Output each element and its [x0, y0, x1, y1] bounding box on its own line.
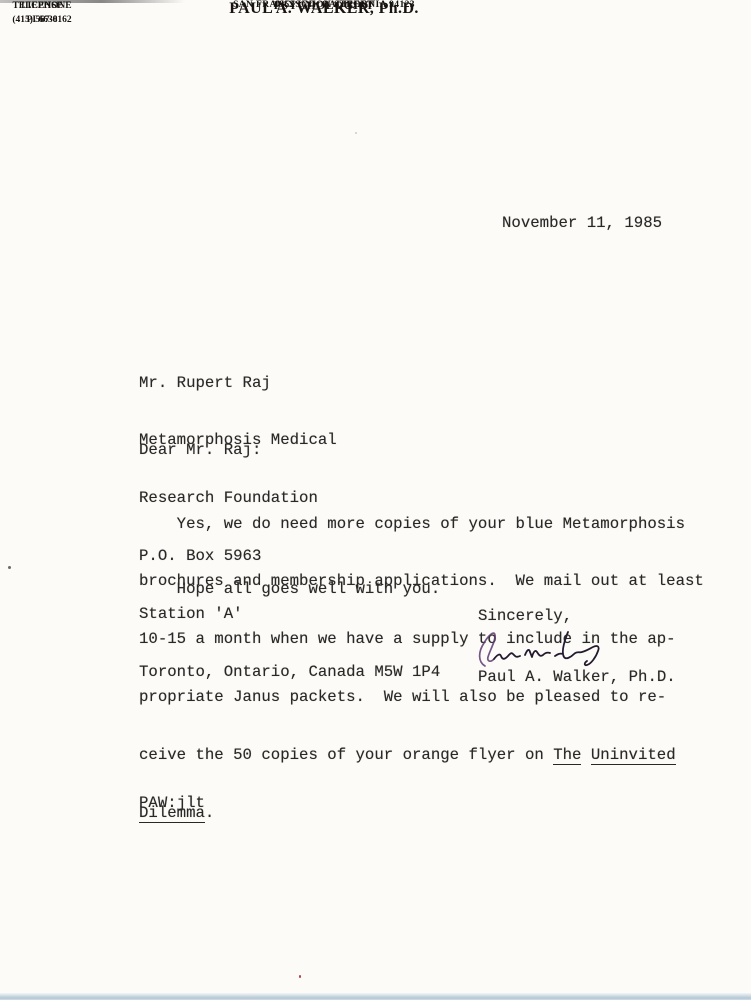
- signer-name: Paul A. Walker, Ph.D.: [478, 668, 676, 687]
- salutation: Dear Mr. Raj:: [139, 441, 261, 460]
- paper-speck: [299, 975, 301, 978]
- body-paragraph-2: Hope all goes well with you.: [139, 580, 440, 599]
- closing: Sincerely,: [478, 607, 572, 626]
- license-number: PI 6638: [0, 14, 84, 28]
- letterhead-city: SAN FRANCISCO, CALIFORNIA 94123: [0, 0, 648, 10]
- body-line: Yes, we do need more copies of your blue…: [139, 515, 704, 534]
- paper-speck: [355, 132, 357, 134]
- recipient-line: Mr. Rupert Raj: [139, 374, 440, 393]
- book-title-part: Uninvited: [591, 746, 676, 765]
- page-bottom-edge: [0, 993, 751, 1000]
- paper-speck: [8, 566, 11, 569]
- license-label: LICENSE: [0, 0, 84, 14]
- book-title-part: The: [553, 746, 581, 765]
- body-line: Dilemma.: [139, 804, 704, 823]
- body-text: [581, 746, 590, 764]
- date-line: November 11, 1985: [502, 214, 662, 233]
- scanned-letter-page: PAUL A. WALKER, Ph.D. PSYCHOLOGIST 1952 …: [0, 0, 751, 1000]
- typist-initials: PAW:jlt: [139, 794, 205, 813]
- body-text: .: [205, 804, 214, 822]
- signature-scribble: [477, 625, 615, 671]
- body-line: ceive the 50 copies of your orange flyer…: [139, 746, 704, 765]
- license-block: LICENSE PI 6638: [0, 0, 84, 27]
- body-text: ceive the 50 copies of your orange flyer…: [139, 746, 553, 764]
- body-line: propriate Janus packets. We will also be…: [139, 688, 704, 707]
- body-line: 10-15 a month when we have a supply to i…: [139, 630, 704, 649]
